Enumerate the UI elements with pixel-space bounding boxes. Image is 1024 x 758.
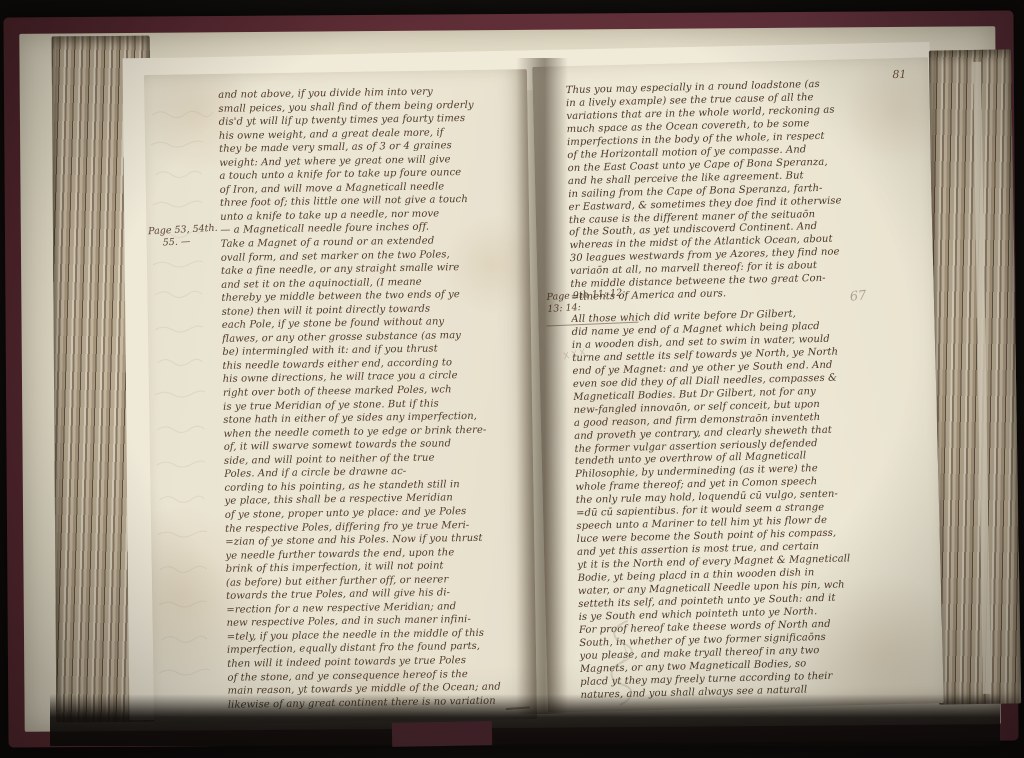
left-margin-page-reference: Page 53, 54th. 55. — xyxy=(148,223,219,250)
gutter-shadow xyxy=(516,58,568,714)
left-page: Page 53, 54th. 55. — and not above, if y… xyxy=(144,69,537,725)
ink-bleedthrough xyxy=(148,94,223,695)
left-page-text-column: and not above, if you divide him into ve… xyxy=(218,84,530,712)
page-stack-right-deckle xyxy=(929,49,1021,704)
bottom-shadow xyxy=(50,694,1000,746)
manuscript-photo: Page 53, 54th. 55. — and not above, if y… xyxy=(0,0,1024,758)
cover-bottom-edge xyxy=(392,721,492,747)
right-page-paragraph-1: Thus you may especially in a round loads… xyxy=(566,77,907,305)
right-page: 81 Page 9th 11: 12: 13: 14: 67 XXX Thus … xyxy=(532,57,944,712)
